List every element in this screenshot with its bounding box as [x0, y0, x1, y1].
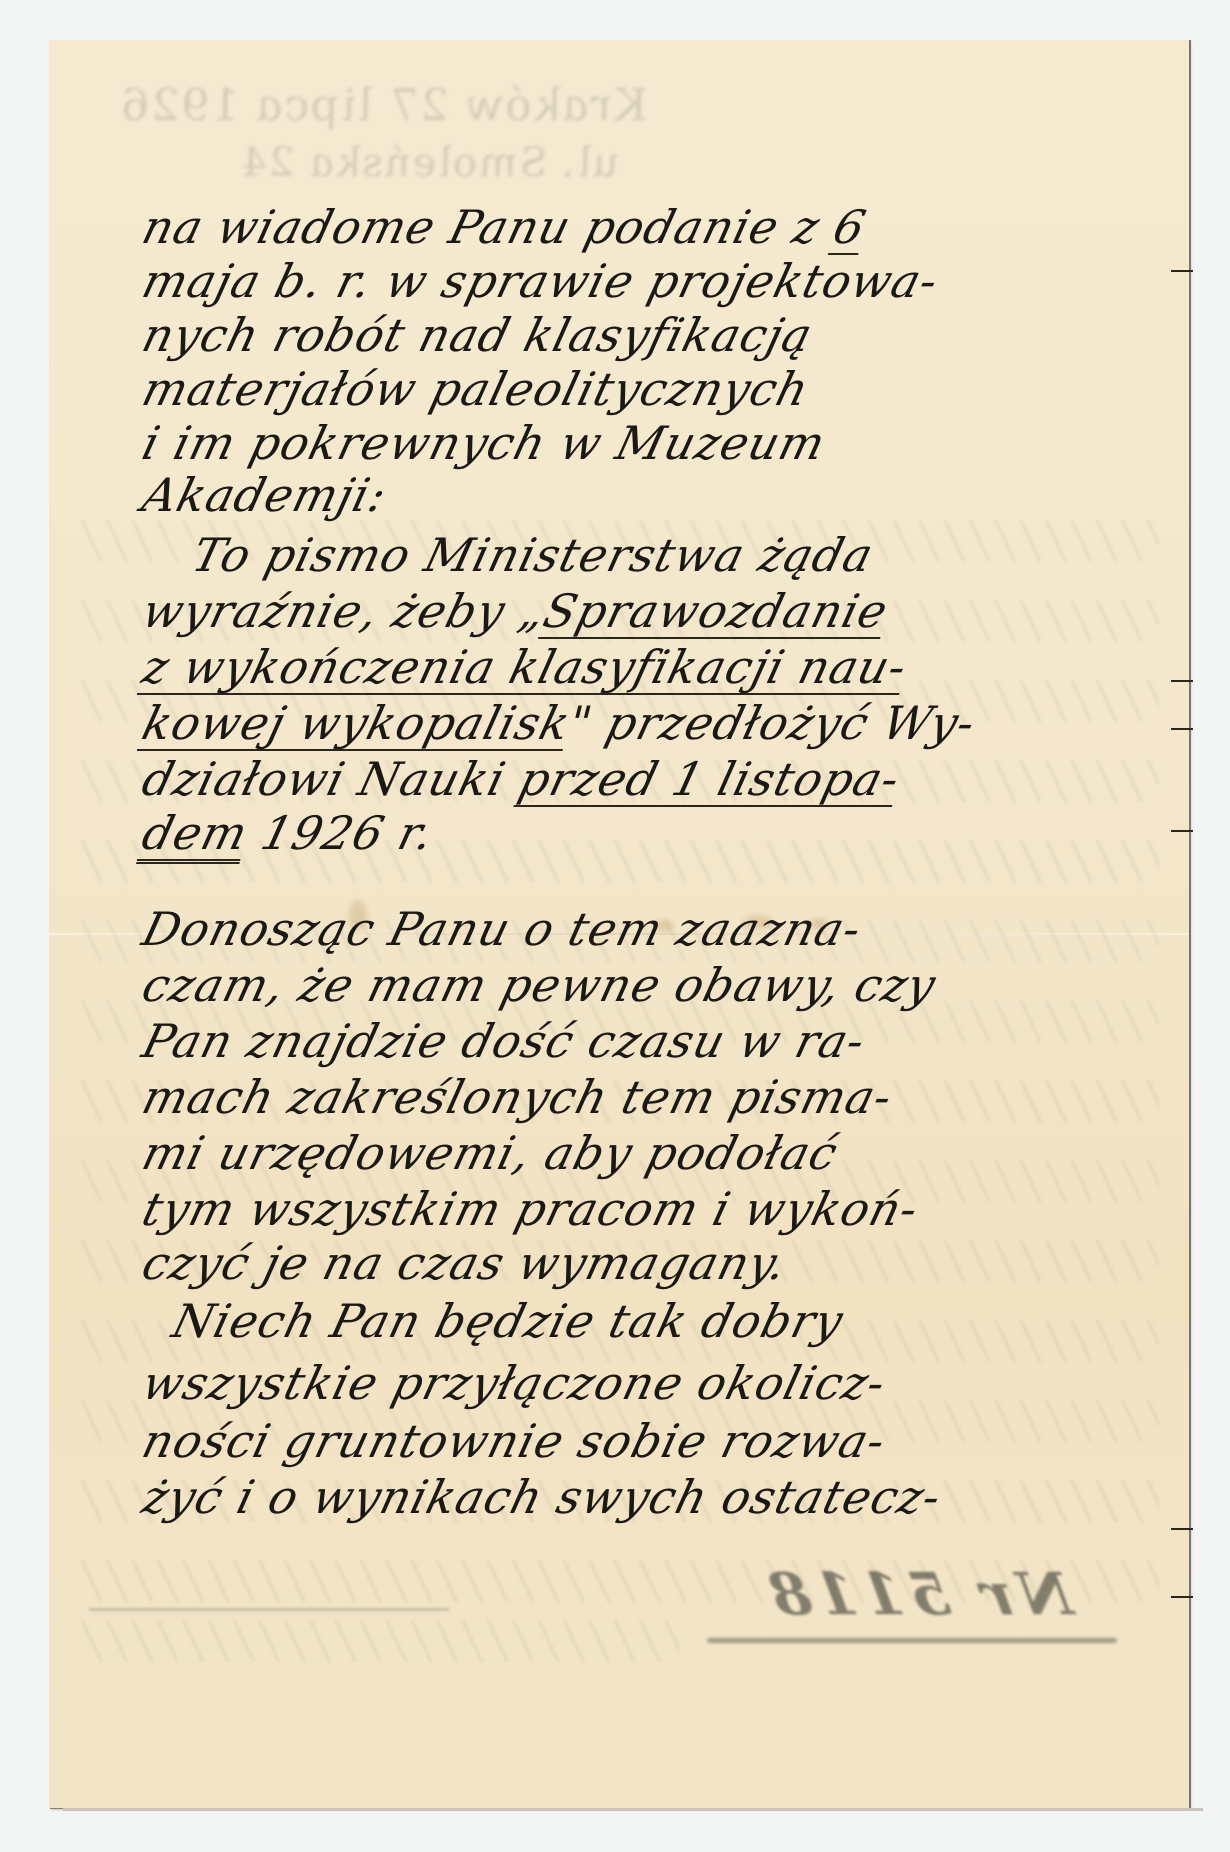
text-segment: nych robót nad klasyfikacją	[137, 308, 818, 362]
letter-page: Kraków 27 lipca 1926 ul. Smoleńska 24 Nr…	[49, 40, 1189, 1808]
text-line: i im pokrewnych w Muzeum	[137, 416, 831, 470]
text-segment: Niech Pan będzie tak dobry	[167, 1294, 849, 1348]
text-segment: ności gruntownie sobie rozwa-	[137, 1414, 891, 1468]
paper-edge-bottom	[63, 1808, 1203, 1811]
text-line: wszystkie przyłączone okolicz-	[137, 1356, 892, 1410]
text-segment-underlined: kowej wykopalisk	[137, 696, 576, 750]
text-segment: Pan znajdzie dość czasu w ra-	[137, 1014, 871, 1068]
text-segment: żyć i o wynikach swych ostatecz-	[137, 1470, 947, 1524]
text-line: czyć je na czas wymagany.	[137, 1236, 793, 1290]
text-line: Akademji:	[137, 468, 393, 522]
text-line: żyć i o wynikach swych ostatecz-	[137, 1470, 947, 1524]
bleed-through-number-underline	[707, 1638, 1117, 1643]
text-line: Niech Pan będzie tak dobry	[167, 1294, 849, 1348]
text-line: To pismo Ministerstwa żąda	[187, 528, 879, 582]
text-segment: " przedłożyć Wy-	[563, 696, 982, 750]
text-segment-underlined: Sprawozdanie	[538, 584, 894, 638]
hyphen-mark	[1171, 1528, 1193, 1530]
text-line: czam, że mam pewne obawy, czy	[137, 958, 942, 1012]
bleed-through-underline	[89, 1608, 449, 1611]
text-segment: tym wszystkim pracom i wykoń-	[137, 1182, 924, 1236]
text-segment: wszystkie przyłączone okolicz-	[137, 1356, 892, 1410]
text-line: dem 1926 r.	[137, 806, 440, 860]
text-segment: i im pokrewnych w Muzeum	[137, 416, 831, 470]
text-segment: maja b. r. w sprawie projektowa-	[137, 254, 944, 308]
paper-edge-right	[1189, 40, 1191, 1808]
text-segment: na wiadome Panu podanie z	[137, 200, 841, 254]
hyphen-mark	[1171, 680, 1193, 682]
text-line: maja b. r. w sprawie projektowa-	[137, 254, 944, 308]
text-segment: 1926 r.	[240, 806, 439, 860]
text-line: materjałów paleolitycznych	[137, 362, 815, 416]
text-segment: materjałów paleolitycznych	[137, 362, 815, 416]
hyphen-mark	[1171, 728, 1193, 730]
text-segment-underlined: z wykończenia klasyfikacji nau-	[137, 640, 913, 694]
text-segment: mach zakreślonych tem pisma-	[137, 1070, 898, 1124]
hyphen-mark	[1171, 1596, 1193, 1598]
text-segment: To pismo Ministerstwa żąda	[187, 528, 879, 582]
bleed-through-text	[79, 1620, 679, 1662]
text-line: tym wszystkim pracom i wykoń-	[137, 1182, 924, 1236]
text-line: kowej wykopalisk" przedłożyć Wy-	[137, 696, 981, 750]
text-line: mi urzędowemi, aby podołać	[137, 1126, 844, 1180]
text-segment: wyraźnie, żeby „	[137, 584, 552, 638]
text-line: mach zakreślonych tem pisma-	[137, 1070, 898, 1124]
text-segment-underlined: przed 1 listopa-	[514, 752, 906, 806]
text-segment: działowi Nauki	[137, 752, 527, 806]
text-line: Pan znajdzie dość czasu w ra-	[137, 1014, 871, 1068]
text-line: ności gruntownie sobie rozwa-	[137, 1414, 891, 1468]
bleed-through-heading-line-2: ul. Smoleńska 24	[234, 140, 624, 186]
text-line: działowi Nauki przed 1 listopa-	[137, 752, 906, 806]
text-segment: Akademji:	[137, 468, 393, 522]
text-segment-double-underlined: dem	[137, 806, 254, 860]
text-segment: mi urzędowemi, aby podołać	[137, 1126, 844, 1180]
bleed-through-heading-line-1: Kraków 27 lipca 1926	[114, 80, 653, 131]
hyphen-mark	[1171, 830, 1193, 832]
hyphen-mark	[1171, 270, 1193, 272]
text-line: na wiadome Panu podanie z 6	[137, 200, 872, 254]
text-segment: czyć je na czas wymagany.	[137, 1236, 793, 1290]
text-line: wyraźnie, żeby „Sprawozdanie	[137, 584, 894, 638]
text-line: nych robót nad klasyfikacją	[137, 308, 818, 362]
text-segment: Donosząc Panu o tem zaazna-	[137, 902, 867, 956]
text-segment: czam, że mam pewne obawy, czy	[137, 958, 942, 1012]
text-line: z wykończenia klasyfikacji nau-	[137, 640, 913, 694]
text-line: Donosząc Panu o tem zaazna-	[137, 902, 867, 956]
bleed-through-number: Nr 5118	[758, 1560, 1077, 1628]
